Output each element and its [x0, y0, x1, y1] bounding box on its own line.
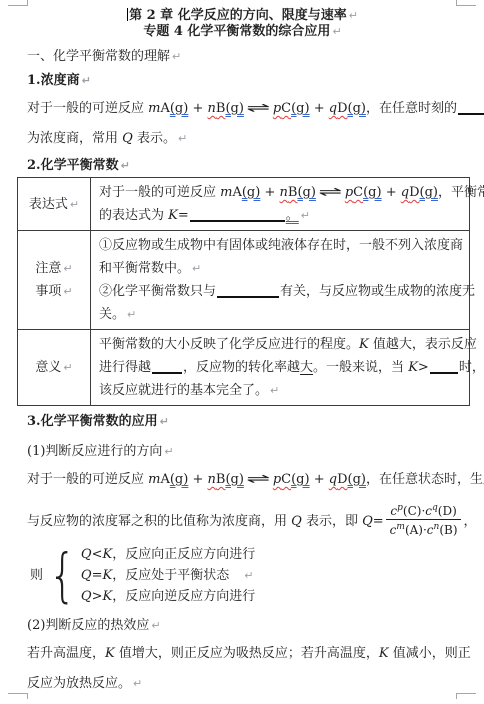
paragraph-mark: ↵ — [63, 262, 72, 275]
left-brace: { — [49, 545, 77, 605]
text-run: (g) — [297, 185, 315, 200]
text-run: n — [208, 472, 216, 487]
paragraph-mark: ↵ — [172, 50, 181, 63]
text-run: D — [337, 472, 347, 487]
text-run: ，反应物的转化率越 — [183, 360, 300, 375]
text-run: K — [359, 337, 369, 352]
text-run: (g) — [348, 472, 366, 487]
text-run: 反应为放热反应。 — [27, 676, 131, 691]
table-cell-content: 平衡常数的大小反映了化学反应进行的程度。K 值越大，表示反应 进行得越，反应物的… — [91, 330, 470, 406]
cell-line: 对于一般的可逆反应 mA(g) + nB(g)⇌pC(g) + qD(g)，平衡… — [99, 181, 461, 204]
case-brace-block: 则 { Q<K，反应向正反应方向进行 Q=K，反应处于平衡状态 ↵ Q>K，反应… — [30, 543, 458, 607]
text-run: + — [382, 185, 401, 200]
text-run: < — [92, 547, 103, 562]
table-row-notes: 注意↵ 事项↵ ①反应物或生成物中有固体或纯液体存在时，一般不列入浓度商 和平衡… — [18, 231, 470, 330]
text-run: (g) — [225, 101, 243, 116]
text-run: ，在任意状态时，生成物 — [366, 472, 484, 487]
equilibrium-arrow-icon: ⇌ — [246, 94, 270, 124]
text-run: 与反应物的浓度幂之积的比值称为浓度商，用 — [27, 514, 291, 529]
brace-cases: Q<K，反应向正反应方向进行 Q=K，反应处于平衡状态 ↵ Q>K，反应向逆反应… — [81, 544, 255, 607]
paragraph-line: 对于一般的可逆反应 mA(g) + nB(g)⇌pC(g) + qD(g)，在任… — [27, 465, 458, 495]
text-run: (g) — [225, 472, 243, 487]
paragraph-mark: ↵ — [178, 132, 187, 145]
text-run: (g) — [348, 101, 366, 116]
text-run: (g) — [291, 472, 309, 487]
text-run: m — [148, 472, 160, 487]
application-1-heading: (1)判断反应进行的方向↵ — [27, 444, 458, 459]
margin-crop-mark-top-left — [8, 0, 28, 6]
paragraph-line: 若升高温度，K 值增大，则正反应为吸热反应；若升高温度，K 值减小，则正 — [27, 639, 458, 669]
text-run: B — [216, 101, 226, 116]
table-cell-label: 注意↵ 事项↵ — [18, 231, 91, 330]
table-row-meaning: 意义↵ 平衡常数的大小反映了化学反应进行的程度。K 值越大，表示反应 进行得越，… — [18, 330, 470, 406]
text-run: 专题 4 化学平衡常数的综合应用 — [143, 24, 330, 39]
topic-title: 专题 4 化学平衡常数的综合应用↵ — [27, 24, 458, 40]
text-run: Q — [81, 589, 92, 604]
text-run: n — [208, 101, 216, 116]
text-run: (g) — [420, 185, 438, 200]
paragraph-line: 对于一般的可逆反应 mA(g) + nB(g)⇌pC(g) + qD(g)，在任… — [27, 94, 458, 124]
text-run: 值越大，表示反应 — [369, 337, 477, 352]
text-run: 意义 — [35, 360, 61, 375]
text-run: C — [281, 472, 291, 487]
text-run: 对于一般的可逆反应 — [27, 101, 148, 116]
text-run: p — [273, 472, 281, 487]
paragraph-mark: ↵ — [151, 619, 160, 632]
text-run: K — [168, 208, 178, 223]
text-run: 表示，即 — [302, 514, 362, 529]
paragraph-mark: ↵ — [121, 159, 130, 172]
fraction-denominator: cm(A)·cn(B) — [386, 520, 462, 538]
subsection-2-heading: 2.化学平衡常数↵ — [27, 158, 458, 173]
text-run: (C)· — [403, 504, 425, 518]
text-run: C — [353, 185, 363, 200]
text-run: 关。 — [99, 307, 125, 322]
text-run: 的表达式为 — [99, 208, 168, 223]
paragraph-mark: ↵ — [270, 384, 279, 397]
paragraph-mark: ↵ — [244, 569, 253, 582]
chapter-title-text: 第 2 章 化学反应的方向、限度与速率↵ — [129, 8, 358, 23]
text-run: K — [103, 589, 113, 604]
fill-in-blank — [190, 209, 285, 222]
text-run: K — [105, 646, 115, 661]
text-run: (1)判断反应进行的方向 — [27, 444, 162, 459]
paragraph-line: 反应为放热反应。↵ — [27, 669, 458, 699]
paragraph-mark: ↵ — [301, 209, 310, 222]
table-row-expression: 表达式↵ 对于一般的可逆反应 mA(g) + nB(g)⇌pC(g) + qD(… — [18, 178, 470, 231]
cell-line: 该反应就进行的基本完全了。↵ — [99, 379, 461, 402]
cell-line: 意义↵ — [20, 356, 88, 379]
subsection-3-heading: 3.化学平衡常数的应用↵ — [27, 414, 458, 429]
margin-crop-mark-bottom-left — [8, 693, 28, 699]
text-run: 该反应就进行的基本完全了。 — [99, 383, 268, 398]
text-run: ，平衡常数 — [438, 185, 484, 200]
text-run: K — [379, 646, 389, 661]
text-run: 注意 — [35, 261, 61, 276]
paragraph-mark: ↵ — [164, 445, 173, 458]
text-run: = — [92, 568, 103, 583]
cell-line: 表达式↵ — [20, 193, 88, 216]
formula-suffix: ， — [464, 510, 477, 529]
text-run: 表达式 — [29, 197, 68, 212]
text-run: Q — [81, 547, 92, 562]
fill-in-blank — [458, 102, 484, 115]
text-run: > — [418, 360, 429, 375]
text-run: (2)判断反应的热效应 — [27, 618, 149, 633]
text-run: 。一般来说，当 — [313, 360, 408, 375]
fill-in-blank — [217, 285, 279, 298]
text-run: + — [310, 101, 329, 116]
document-page: 第 2 章 化学反应的方向、限度与速率↵ 专题 4 化学平衡常数的综合应用↵ 一… — [0, 0, 484, 704]
text-run: D — [409, 185, 419, 200]
text-run: 有关，与反应物或生成物的浓度无 — [280, 284, 475, 299]
text-run: m — [148, 101, 160, 116]
cell-line: 注意↵ — [20, 257, 88, 280]
quotient-formula-line: 与反应物的浓度幂之积的比值称为浓度商，用 Q 表示，即 Q= cp(C)·cq(… — [27, 497, 458, 541]
text-run: ，反应向正反应方向进行 — [112, 547, 255, 562]
section-1-heading: 一、化学平衡常数的理解↵ — [27, 49, 458, 64]
text-run: B — [216, 472, 226, 487]
text-run: Q — [81, 568, 92, 583]
text-run: 对于一般的可逆反应 — [99, 185, 220, 200]
table-cell-content: ①反应物或生成物中有固体或纯液体存在时，一般不列入浓度商 和平衡常数中。↵ ②化… — [91, 231, 470, 330]
text-run: K — [408, 360, 418, 375]
text-run: D — [337, 101, 347, 116]
text-run: B — [288, 185, 298, 200]
subsection-1-heading: 1.浓度商↵ — [27, 73, 458, 88]
text-run: 值减小，则正 — [389, 646, 471, 661]
text-run: 对于一般的可逆反应 — [27, 472, 148, 487]
application-2-heading: (2)判断反应的热效应↵ — [27, 618, 458, 633]
paragraph-mark: ↵ — [127, 308, 136, 321]
paragraph-line: 为浓度商，常用 Q 表示。↵ — [27, 124, 458, 154]
text-run: (g) — [363, 185, 381, 200]
text-run: ①反应物或生成物中有固体或纯液体存在时，一般不列入浓度商 — [99, 238, 463, 253]
paragraph-mark: ↵ — [192, 262, 201, 275]
text-run: m — [396, 522, 405, 532]
fraction-numerator: cp(C)·cq(D) — [386, 501, 460, 520]
text-run: 为浓度商，常用 — [27, 131, 122, 146]
text-run: ，在任意时刻的 — [366, 101, 457, 116]
text-run: 和平衡常数中。 — [99, 261, 190, 276]
cell-line: ①反应物或生成物中有固体或纯液体存在时，一般不列入浓度商 — [99, 234, 461, 257]
paragraph-mark: ↵ — [332, 25, 341, 38]
cell-line: 关。↵ — [99, 303, 461, 326]
text-run: + — [260, 185, 279, 200]
cell-line: 的表达式为 K=。↵ — [99, 204, 461, 227]
text-run: ②化学平衡常数只与 — [99, 284, 216, 299]
text-run: ，反应向逆反应方向进行 — [112, 589, 255, 604]
paragraph-concentration-quotient: 对于一般的可逆反应 mA(g) + nB(g)⇌pC(g) + qD(g)，在任… — [27, 94, 458, 154]
cell-line: 平衡常数的大小反映了化学反应进行的程度。K 值越大，表示反应 — [99, 333, 461, 356]
text-run: A — [160, 472, 169, 487]
fill-in-blank — [430, 361, 458, 374]
text-run: Q — [291, 514, 302, 529]
text-run: > — [92, 589, 103, 604]
text-run: 时， — [459, 360, 484, 375]
text-run: ，反应处于平衡状态 — [112, 568, 242, 583]
text-run: 。 — [286, 208, 299, 223]
equilibrium-arrow-icon: ⇌ — [318, 181, 342, 204]
cell-line: 和平衡常数中。↵ — [99, 257, 461, 280]
text-run: c — [425, 504, 432, 518]
text-run: 表示。 — [133, 131, 176, 146]
text-run: = — [178, 208, 189, 223]
table-cell-label: 意义↵ — [18, 330, 91, 406]
margin-crop-mark-top-right — [456, 0, 476, 6]
text-run: 1.浓度商 — [27, 73, 80, 88]
paragraph-mark: ↵ — [133, 677, 142, 690]
text-run: (g) — [170, 101, 188, 116]
paragraph-mark: ↵ — [63, 361, 72, 374]
text-run: 则 — [30, 568, 43, 583]
text-run: n — [280, 185, 288, 200]
text-run: p — [273, 101, 281, 116]
paragraph-mark: ↵ — [63, 285, 72, 298]
text-run: K — [103, 568, 113, 583]
case-line: Q<K，反应向正反应方向进行 — [81, 544, 255, 565]
text-run: A — [160, 101, 169, 116]
text-run: 第 2 章 化学反应的方向、限度与速率 — [129, 8, 347, 23]
fill-in-blank — [152, 361, 182, 374]
text-run: = — [373, 514, 384, 529]
text-run: 平衡常数的大小反映了化学反应进行的程度。 — [99, 337, 359, 352]
text-run: Q — [122, 131, 133, 146]
text-run: (g) — [291, 101, 309, 116]
text-run: 值增大，则正反应为吸热反应；若升高温度， — [115, 646, 379, 661]
text-run: Q — [362, 514, 373, 529]
text-run: 2.化学平衡常数 — [27, 158, 119, 173]
topic-title-text: 专题 4 化学平衡常数的综合应用↵ — [143, 24, 341, 39]
cell-line: 事项↵ — [20, 280, 88, 303]
text-run: (g) — [170, 472, 188, 487]
text-run: (A)· — [405, 523, 427, 537]
text-run: C — [281, 101, 291, 116]
case-line: Q>K，反应向逆反应方向进行 — [81, 586, 255, 607]
cell-line: ②化学平衡常数只与有关，与反应物或生成物的浓度无 — [99, 280, 461, 303]
text-run: 3.化学平衡常数的应用 — [27, 414, 158, 429]
paragraph-mark: ↵ — [349, 9, 358, 22]
text-run: A — [232, 185, 241, 200]
text-run: ， — [464, 514, 477, 529]
paragraph-reaction-direction: 对于一般的可逆反应 mA(g) + nB(g)⇌pC(g) + qD(g)，在任… — [27, 465, 458, 495]
text-run: m — [220, 185, 232, 200]
case-line: Q=K，反应处于平衡状态 ↵ — [81, 565, 255, 586]
paragraph-mark: ↵ — [82, 74, 91, 87]
paragraph-mark: ↵ — [160, 415, 169, 428]
text-run: 一、化学平衡常数的理解 — [27, 49, 170, 64]
brace-label: 则 — [30, 568, 43, 583]
cell-line: 进行得越，反应物的转化率越大。一般来说，当 K>时， — [99, 356, 461, 379]
text-run: q — [401, 185, 409, 200]
fraction: cp(C)·cq(D) cm(A)·cn(B) — [386, 501, 462, 538]
text-run: q — [329, 472, 337, 487]
text-run: K — [103, 547, 113, 562]
text-run: 事项 — [35, 284, 61, 299]
text-run: + — [188, 101, 207, 116]
text-run: q — [329, 101, 337, 116]
table-cell-content: 对于一般的可逆反应 mA(g) + nB(g)⇌pC(g) + qD(g)，平衡… — [91, 178, 470, 231]
equilibrium-constant-table: 表达式↵ 对于一般的可逆反应 mA(g) + nB(g)⇌pC(g) + qD(… — [17, 177, 470, 406]
formula-prefix: 与反应物的浓度幂之积的比值称为浓度商，用 Q 表示，即 Q= — [27, 510, 384, 529]
text-cursor — [127, 8, 128, 21]
text-run: (D) — [438, 504, 457, 518]
margin-crop-mark-bottom-right — [456, 693, 476, 699]
text-run: 若升高温度， — [27, 646, 105, 661]
text-run: (B) — [439, 523, 457, 537]
text-run: 大 — [300, 360, 313, 375]
paragraph-heat-effect: 若升高温度，K 值增大，则正反应为吸热反应；若升高温度，K 值减小，则正 反应为… — [27, 639, 458, 699]
text-run: c — [427, 523, 434, 537]
text-run: (g) — [242, 185, 260, 200]
text-run: 进行得越 — [99, 360, 151, 375]
equilibrium-arrow-icon: ⇌ — [246, 465, 270, 495]
text-run: + — [188, 472, 207, 487]
table-cell-label: 表达式↵ — [18, 178, 91, 231]
paragraph-mark: ↵ — [70, 198, 79, 211]
text-run: + — [310, 472, 329, 487]
text-run: p — [345, 185, 353, 200]
chapter-title: 第 2 章 化学反应的方向、限度与速率↵ — [27, 8, 458, 24]
